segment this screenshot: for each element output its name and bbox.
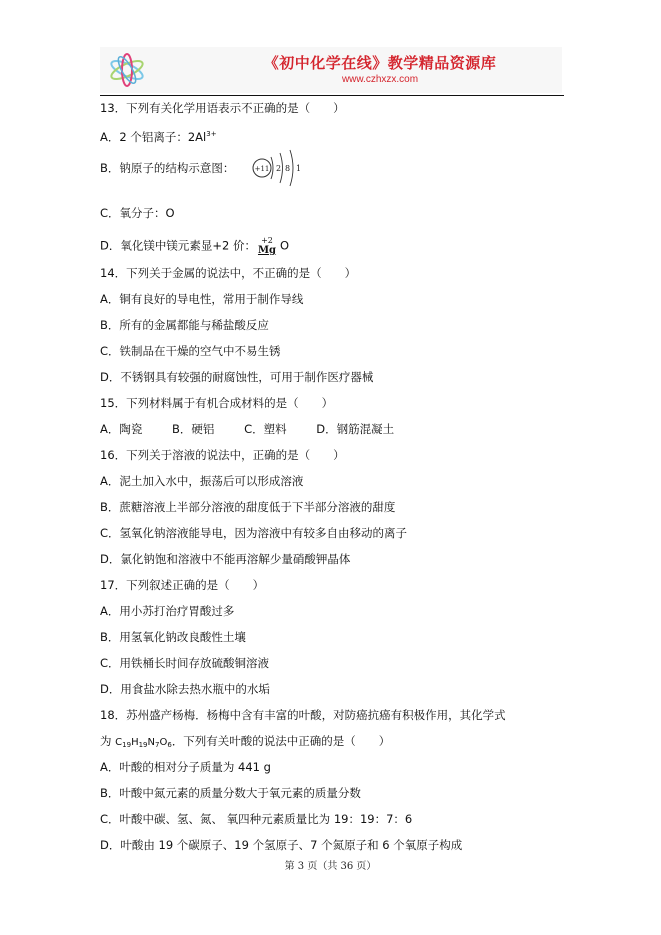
folic-acid-formula: C19H19N7O6 — [115, 737, 172, 748]
question-15-stem: 15．下列材料属于有机合成材料的是（ ） — [100, 396, 333, 410]
question-16-option-a: A．泥土加入水中，振荡后可以形成溶液 — [100, 474, 303, 488]
question-14-option-d: D．不锈钢具有较强的耐腐蚀性，可用于制作医疗器械 — [100, 370, 373, 384]
question-14-stem: 14．下列关于金属的说法中，不正确的是（ ） — [100, 266, 356, 280]
banner-title: 《初中化学在线》教学精品资源库 — [220, 52, 540, 73]
question-14-option-a: A．铜有良好的导电性，常用于制作导线 — [100, 292, 303, 306]
question-18-stem-line2: 为 C19H19N7O6．下列有关叶酸的说法中正确的是（ ） — [100, 734, 390, 752]
question-16-stem: 16．下列关于溶液的说法中，正确的是（ ） — [100, 448, 345, 462]
question-18-option-d: D．叶酸由 19 个碳原子、19 个氢原子、7 个氮原子和 6 个氧原子构成 — [100, 838, 462, 852]
question-15-options: A．陶瓷 B．硬铝 C．塑料 D．钢筋混凝土 — [100, 422, 394, 436]
question-17-option-c: C．用铁桶长时间存放硫酸铜溶液 — [100, 656, 269, 670]
question-13-option-a: A．2 个铝离子：2Al3+ — [100, 127, 217, 144]
svg-text:1: 1 — [296, 164, 301, 173]
question-14-option-b: B．所有的金属都能与稀盐酸反应 — [100, 318, 269, 332]
question-17-option-a: A．用小苏打治疗胃酸过多 — [100, 604, 234, 618]
question-13-option-d: D．氧化镁中镁元素显+2 价：+2MgO — [100, 236, 289, 256]
question-13-stem: 13．下列有关化学用语表示不正确的是（ ） — [100, 101, 345, 115]
svg-text:8: 8 — [285, 164, 290, 173]
question-16-option-d: D．氯化钠饱和溶液中不能再溶解少量硝酸钾晶体 — [100, 552, 350, 566]
sodium-atom-structure-diagram: +11 2 8 1 — [252, 148, 308, 188]
question-13-option-b: B．钠原子的结构示意图： +11 2 8 1 — [100, 161, 234, 175]
question-18-option-b: B．叶酸中氮元素的质量分数大于氧元素的质量分数 — [100, 786, 361, 800]
question-17-option-b: B．用氢氧化钠改良酸性土壤 — [100, 630, 246, 644]
question-14-option-c: C．铁制品在干燥的空气中不易生锈 — [100, 344, 281, 358]
question-17-stem: 17．下列叙述正确的是（ ） — [100, 578, 264, 592]
question-16-option-c: C．氢氧化钠溶液能导电，因为溶液中有较多自由移动的离子 — [100, 526, 407, 540]
valence-notation: +2Mg — [258, 236, 276, 256]
question-17-option-d: D．用食盐水除去热水瓶中的水垢 — [100, 682, 270, 696]
question-18-option-c: C．叶酸中碳、氢、氮、 氧四种元素质量比为 19：19：7：6 — [100, 812, 412, 826]
header-banner: 《初中化学在线》教学精品资源库 www.czhxzx.com — [100, 47, 562, 93]
page-number-footer: 第 3 页（共 36 页） — [0, 857, 661, 872]
atom-logo-icon — [106, 51, 148, 89]
banner-url[interactable]: www.czhxzx.com — [220, 74, 540, 85]
question-13-option-c: C．氧分子：O — [100, 206, 175, 220]
question-18-option-a: A．叶酸的相对分子质量为 441 g — [100, 760, 271, 774]
header-divider — [100, 95, 564, 96]
question-18-stem: 18．苏州盛产杨梅．杨梅中含有丰富的叶酸，对防癌抗癌有积极作用，其化学式 — [100, 708, 506, 722]
svg-text:+11: +11 — [255, 165, 270, 173]
question-16-option-b: B．蔗糖溶液上半部分溶液的甜度低于下半部分溶液的甜度 — [100, 500, 395, 514]
svg-text:2: 2 — [276, 164, 281, 173]
